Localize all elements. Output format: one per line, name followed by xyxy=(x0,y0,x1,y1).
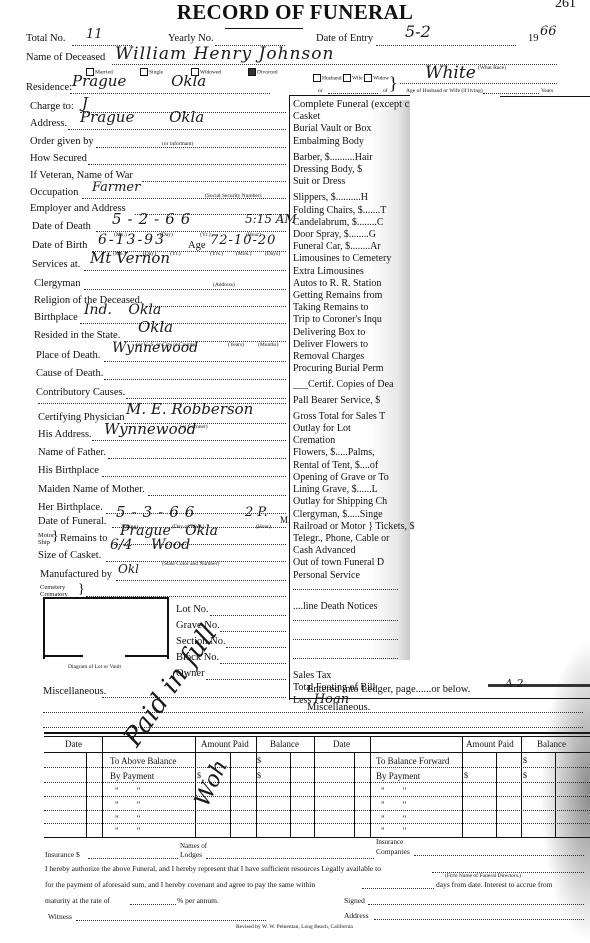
dollar-sign: $ xyxy=(257,756,261,765)
ledger-header-rule xyxy=(44,752,590,753)
veteran-line xyxy=(142,181,286,182)
firm-caption: (Firm Name of Funeral Directors.) xyxy=(445,873,521,879)
paid-initials: Woh xyxy=(190,756,233,811)
order-given-by-label: Order given by xyxy=(30,136,94,147)
ledger-right-row-5: " " xyxy=(381,826,406,836)
date-of-entry-label: Date of Entry xyxy=(316,33,373,44)
age-label: Age xyxy=(188,240,206,251)
age-spouse-line xyxy=(483,93,539,94)
race-line xyxy=(400,83,557,84)
place-of-death-value[interactable]: Wynnewood xyxy=(112,340,198,356)
ledger-col xyxy=(102,736,103,837)
ledger-left-row-0: To Above Balance xyxy=(110,756,176,766)
caption-yr: (Yr.) xyxy=(200,232,211,238)
ledger-right-row-0: To Balance Forward xyxy=(376,756,449,766)
ledger-left-row-3: " " xyxy=(115,800,140,810)
ledger-left-row-5: " " xyxy=(115,826,140,836)
informant-caption: (or informant) xyxy=(162,141,193,147)
owner-line xyxy=(206,679,286,680)
lot-no-label: Lot No. xyxy=(176,604,209,615)
percent-text: % per annum. xyxy=(177,896,219,905)
checkbox-wife[interactable] xyxy=(343,74,351,82)
age-value[interactable]: 72-10-20 xyxy=(210,233,276,248)
diagram-foot-left xyxy=(43,655,83,657)
ledger-left-amount-header: Amount Paid xyxy=(201,739,249,749)
diagram-caption: Diagram of Lot or Vault xyxy=(68,664,121,670)
order-given-by-line xyxy=(96,147,286,148)
casket-size-label: Size of Casket. xyxy=(38,550,101,561)
days-text: days from date. Interest to accrue from xyxy=(436,880,552,889)
ledger-left-date-header: Date xyxy=(65,739,82,749)
ledger-row-line xyxy=(44,782,590,783)
ledger-left-row-2: " " xyxy=(115,786,140,796)
dollar-sign: $ xyxy=(523,771,527,780)
companies-label: Companies xyxy=(376,847,410,856)
insurance-line xyxy=(88,858,178,859)
date-of-entry-line xyxy=(376,45,516,46)
ledger-bottom-rule xyxy=(44,837,590,838)
days-line xyxy=(362,888,434,889)
diagram-foot-right xyxy=(125,655,167,657)
lot-diagram-box[interactable] xyxy=(43,597,169,659)
services-line xyxy=(84,270,286,271)
spouse-or: or xyxy=(318,88,323,94)
religion-line xyxy=(146,306,286,307)
grave-no-line xyxy=(220,631,286,632)
manufactured-line xyxy=(116,580,286,581)
race-caption: (What Race) xyxy=(478,65,506,71)
his-address-value[interactable]: Wynnewood xyxy=(104,420,196,438)
residence-label: Residence: xyxy=(26,82,72,93)
occupation-value[interactable]: Farmer xyxy=(92,180,140,195)
cemetery-brace: } xyxy=(78,582,85,598)
resided-caption-months: (Months) xyxy=(258,342,278,348)
payment-line: for the payment of aforesaid sum, and I … xyxy=(45,880,315,889)
birth-caption-yr: (Yr.) xyxy=(170,251,181,257)
father-label: Name of Father. xyxy=(38,447,106,458)
address-value[interactable]: Prague Okla xyxy=(80,108,204,126)
lot-no-line xyxy=(210,615,286,616)
ledger-col xyxy=(256,736,257,837)
place-of-death-line xyxy=(104,361,286,362)
cause-of-death-line xyxy=(104,379,286,380)
date-of-funeral-label: Date of Funeral. xyxy=(38,516,107,527)
ledger-left-row-1: By Payment xyxy=(110,771,154,781)
ledger-right-date-header: Date xyxy=(333,739,350,749)
age-spouse-caption: Age of Husband or Wife (if living) xyxy=(406,88,483,94)
total-no-label: Total No. xyxy=(26,33,66,44)
birthplace-line xyxy=(80,323,286,324)
casket-size-value[interactable]: 6/4 Wood xyxy=(110,537,190,553)
signed-label: Signed xyxy=(344,896,365,905)
cemetery-label: CemeteryCrematory xyxy=(40,584,68,598)
occupation-label: Occupation xyxy=(30,187,78,198)
how-secured-line xyxy=(88,164,286,165)
resided-value[interactable]: Okla xyxy=(138,318,173,336)
date-of-birth-value[interactable]: 6-13-93 xyxy=(98,232,166,248)
revised-by: Revised by W. W. Pelneman, Long Beach, C… xyxy=(236,924,353,930)
ledger-row-line xyxy=(44,796,590,797)
dollar-sign: $ xyxy=(257,771,261,780)
spouse-of: of xyxy=(383,88,388,94)
services-label: Services at. xyxy=(32,259,80,270)
cause-of-death-label: Cause of Death. xyxy=(36,368,103,379)
title-underline xyxy=(225,28,303,29)
funeral-caption-hour: (Hour) xyxy=(256,524,271,530)
checkbox-husband[interactable] xyxy=(313,74,321,82)
panel-top-rule-right xyxy=(500,96,590,97)
dollar-sign: $ xyxy=(464,771,468,780)
ledger-left-balance-header: Balance xyxy=(270,739,299,749)
clergyman-line xyxy=(84,289,286,290)
casket-caption: (State Color and Number) xyxy=(162,561,219,567)
ledger-col xyxy=(496,752,497,837)
residence-value[interactable]: Prague Okla xyxy=(72,72,206,90)
charge-to-label: Charge to: xyxy=(30,101,74,112)
brace: } xyxy=(389,73,398,94)
contributory-line xyxy=(126,398,286,399)
resided-caption-years: (Years) xyxy=(228,342,244,348)
date-of-birth-label: Date of Birth xyxy=(32,240,87,251)
ledger-right-row-1: By Payment xyxy=(376,771,420,781)
block-no-line xyxy=(220,663,286,664)
how-secured-label: How Secured xyxy=(30,153,87,164)
ledger-col xyxy=(354,752,355,837)
ledger-right-amount-header: Amount Paid xyxy=(466,739,514,749)
years-caption: Years xyxy=(541,88,553,94)
her-birthplace-label: Her Birthplace. xyxy=(38,502,103,513)
date-of-death-value[interactable]: 5-2-66 xyxy=(112,210,196,228)
witness-label: Witness xyxy=(48,912,72,921)
dollar-sign: $ xyxy=(523,756,527,765)
name-of-deceased-label: Name of Deceased xyxy=(26,52,105,63)
contributory-label: Contributory Causes. xyxy=(36,387,125,398)
ledger-col xyxy=(314,736,315,837)
misc-line-1 xyxy=(102,697,286,698)
ledger-col xyxy=(86,752,87,837)
date-of-death-label: Date of Death xyxy=(32,221,91,232)
page-number: 261 xyxy=(555,0,576,12)
race-value[interactable]: White xyxy=(425,63,476,83)
companies-label-top: Insurance xyxy=(376,838,403,846)
section-no-line xyxy=(226,647,286,648)
ledger-entry-label: Entered into Ledger, page......or below. xyxy=(307,684,470,695)
year-prefix: 19 xyxy=(528,33,539,44)
lodges-line xyxy=(206,858,374,859)
checkbox-widow[interactable] xyxy=(364,74,372,82)
clergyman-label: Clergyman xyxy=(34,278,80,289)
manufactured-label: Manufactured by xyxy=(40,569,112,580)
name-of-deceased-value[interactable]: William Henry Johnson xyxy=(115,44,334,64)
remains-to-label: Remains to xyxy=(60,533,108,544)
ledger-right-row-3: " " xyxy=(381,800,406,810)
lodges-label-top: Names of xyxy=(180,842,207,850)
page-title: RECORD OF FUNERAL xyxy=(0,0,590,25)
scan-smudge xyxy=(540,640,590,943)
ledger-entry-value[interactable]: A 2 xyxy=(505,677,523,690)
mother-label: Maiden Name of Mother. xyxy=(38,484,145,495)
manufactured-value[interactable]: Okl xyxy=(118,562,139,576)
address-label: Address. xyxy=(30,118,67,129)
age-caption-yrs: (Yrs.) xyxy=(210,251,223,257)
ledger-right-row-2: " " xyxy=(381,786,406,796)
ledger-col xyxy=(370,736,371,837)
his-address-label: His Address. xyxy=(38,429,92,440)
year-value[interactable]: 66 xyxy=(540,24,557,39)
marital-divorced[interactable]: Divorced xyxy=(248,68,277,76)
spouse-options: Husband Wife Widow xyxy=(313,74,389,82)
rate-line xyxy=(130,904,176,905)
total-no-value[interactable]: 11 xyxy=(86,27,103,42)
physician-value[interactable]: M. E. Robberson xyxy=(126,400,253,418)
scan-shadow xyxy=(370,100,410,660)
address-line xyxy=(68,129,286,130)
ledger-col xyxy=(290,752,291,837)
insurance-label: Insurance $ xyxy=(45,850,80,859)
father-line xyxy=(108,458,286,459)
lodges-label: Lodges xyxy=(180,850,202,859)
date-of-funeral-value[interactable]: 5-3-66 xyxy=(116,503,200,521)
his-birthplace-line xyxy=(102,476,286,477)
resided-label: Resided in the State. xyxy=(34,330,120,341)
ledger-col xyxy=(462,736,463,837)
checkbox-divorced[interactable] xyxy=(248,68,256,76)
residence-line xyxy=(70,93,270,94)
charge-sales-tax[interactable]: Sales Tax xyxy=(290,670,410,682)
services-value[interactable]: Mt Vernon xyxy=(90,249,170,267)
witness-line[interactable] xyxy=(76,920,266,921)
yearly-no-label: Yearly No. xyxy=(168,33,214,44)
misc-label-right: Miscellaneous. xyxy=(307,702,370,713)
remains-brace: } xyxy=(52,529,59,545)
misc-label-left: Miscellaneous. xyxy=(43,686,106,697)
clergyman-address-caption: (Address) xyxy=(213,282,235,288)
birthplace-value[interactable]: Ind. Okla xyxy=(84,302,161,318)
address-label-footer: Address xyxy=(344,911,369,920)
date-of-entry-value[interactable]: 5-2 xyxy=(405,22,431,41)
spouse-name-line xyxy=(328,93,378,94)
place-of-death-label: Place of Death. xyxy=(36,350,100,361)
birthplace-label: Birthplace xyxy=(34,312,78,323)
mother-line xyxy=(148,495,286,496)
ssn-caption: (Social Security Number) xyxy=(205,193,262,199)
ledger-col xyxy=(521,736,522,837)
ledger-row-line xyxy=(44,767,590,768)
his-birthplace-label: His Birthplace xyxy=(38,465,99,476)
funeral-time-value[interactable]: 2 P. xyxy=(245,505,268,520)
authorize-line: I hereby authorize the above Funeral, an… xyxy=(45,864,381,873)
age-caption-mon: (Mon.) xyxy=(236,251,251,257)
ledger-row-line xyxy=(44,823,590,824)
ledger-row-line xyxy=(44,810,590,811)
his-address-line xyxy=(92,440,286,441)
maturity-line: maturity at the rate of xyxy=(45,896,110,905)
age-caption-days: (Days) xyxy=(265,251,280,257)
